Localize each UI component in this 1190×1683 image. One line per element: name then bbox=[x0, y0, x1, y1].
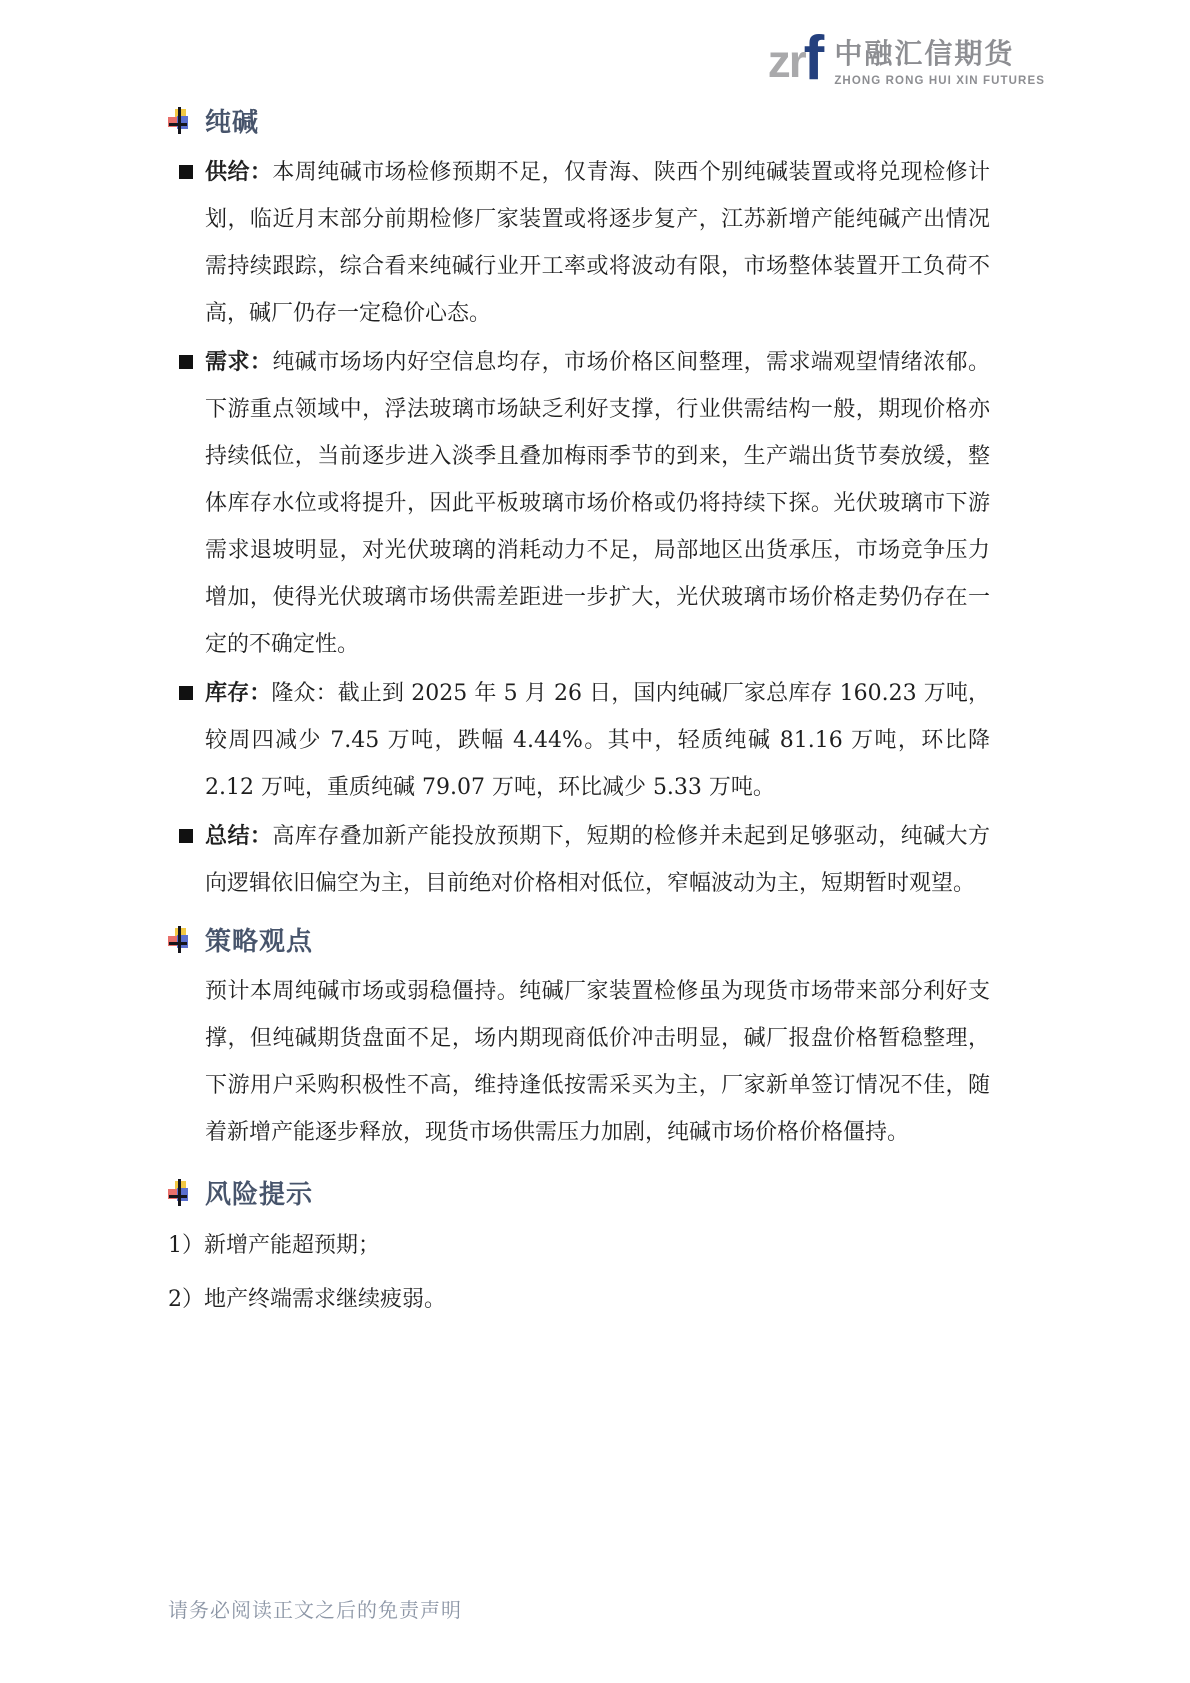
list-item-text: 总结：高库存叠加新产能投放预期下，短期的检修并未起到足够驱动，纯碱大方向逻辑依旧… bbox=[205, 813, 990, 907]
item-label: 需求： bbox=[205, 349, 272, 375]
section-title: 纯碱 bbox=[205, 102, 259, 139]
strategy-paragraph: 预计本周纯碱市场或弱稳僵持。纯碱厂家装置检修虽为现货市场带来部分利好支撑，但纯碱… bbox=[205, 968, 990, 1156]
item-body: 隆众：截止到 2025 年 5 月 26 日，国内纯碱厂家总库存 160.23 … bbox=[205, 681, 990, 800]
section-heading-soda-ash: 纯碱 bbox=[168, 102, 990, 139]
icon-cross-vertical bbox=[178, 1179, 181, 1206]
section-bullet-icon bbox=[168, 1179, 190, 1207]
list-item-demand: 需求：纯碱市场场内好空信息均存，市场价格区间整理，需求端观望情绪浓郁。下游重点领… bbox=[168, 339, 990, 668]
company-logo: zrf 中融汇信期货 ZHONG RONG HUI XIN FUTURES bbox=[768, 22, 1045, 87]
section-bullet-icon bbox=[168, 107, 190, 135]
item-body: 本周纯碱市场检修预期不足，仅青海、陕西个别纯碱装置或将兑现检修计划，临近月末部分… bbox=[205, 160, 990, 326]
list-item-summary: 总结：高库存叠加新产能投放预期下，短期的检修并未起到足够驱动，纯碱大方向逻辑依旧… bbox=[168, 813, 990, 907]
item-body: 纯碱市场场内好空信息均存，市场价格区间整理，需求端观望情绪浓郁。下游重点领域中，… bbox=[205, 350, 990, 657]
icon-cross-horizontal bbox=[169, 942, 187, 945]
logo-wordmark: 中融汇信期货 ZHONG RONG HUI XIN FUTURES bbox=[834, 32, 1045, 87]
item-label: 总结： bbox=[205, 823, 272, 849]
icon-cross-vertical bbox=[178, 107, 181, 134]
square-bullet-icon bbox=[179, 686, 193, 700]
section-title: 策略观点 bbox=[205, 921, 313, 958]
disclaimer-footer: 请务必阅读正文之后的免责声明 bbox=[168, 1594, 462, 1623]
item-label: 供给： bbox=[205, 159, 272, 185]
icon-cross-horizontal bbox=[169, 123, 187, 126]
list-item-text: 供给：本周纯碱市场检修预期不足，仅青海、陕西个别纯碱装置或将兑现检修计划，临近月… bbox=[205, 149, 990, 337]
list-item-supply: 供给：本周纯碱市场检修预期不足，仅青海、陕西个别纯碱装置或将兑现检修计划，临近月… bbox=[168, 149, 990, 337]
risk-item-1: 1）新增产能超预期； bbox=[168, 1221, 990, 1271]
icon-cross-vertical bbox=[178, 926, 181, 953]
item-body: 高库存叠加新产能投放预期下，短期的检修并未起到足够驱动，纯碱大方向逻辑依旧偏空为… bbox=[205, 824, 990, 896]
logo-company-name-en: ZHONG RONG HUI XIN FUTURES bbox=[834, 75, 1045, 87]
logo-company-name-cn: 中融汇信期货 bbox=[834, 32, 1045, 72]
risk-item-2: 2）地产终端需求继续疲弱。 bbox=[168, 1275, 990, 1325]
logo-letters-zr: zr bbox=[768, 38, 805, 84]
icon-cross-horizontal bbox=[169, 1195, 187, 1198]
section-heading-risks: 风险提示 bbox=[168, 1174, 990, 1211]
logo-letter-f: f bbox=[804, 28, 825, 90]
section-heading-strategy: 策略观点 bbox=[168, 921, 990, 958]
square-bullet-icon bbox=[179, 829, 193, 843]
square-bullet-icon bbox=[179, 355, 193, 369]
list-item-text: 库存：隆众：截止到 2025 年 5 月 26 日，国内纯碱厂家总库存 160.… bbox=[205, 670, 990, 811]
section-title: 风险提示 bbox=[205, 1174, 313, 1211]
list-item-inventory: 库存：隆众：截止到 2025 年 5 月 26 日，国内纯碱厂家总库存 160.… bbox=[168, 670, 990, 811]
report-body: 纯碱 供给：本周纯碱市场检修预期不足，仅青海、陕西个别纯碱装置或将兑现检修计划，… bbox=[168, 96, 990, 1325]
item-label: 库存： bbox=[205, 680, 271, 706]
logo-zrf-icon: zrf bbox=[768, 22, 825, 84]
section-bullet-icon bbox=[168, 926, 190, 954]
list-item-text: 需求：纯碱市场场内好空信息均存，市场价格区间整理，需求端观望情绪浓郁。下游重点领… bbox=[205, 339, 990, 668]
square-bullet-icon bbox=[179, 165, 193, 179]
